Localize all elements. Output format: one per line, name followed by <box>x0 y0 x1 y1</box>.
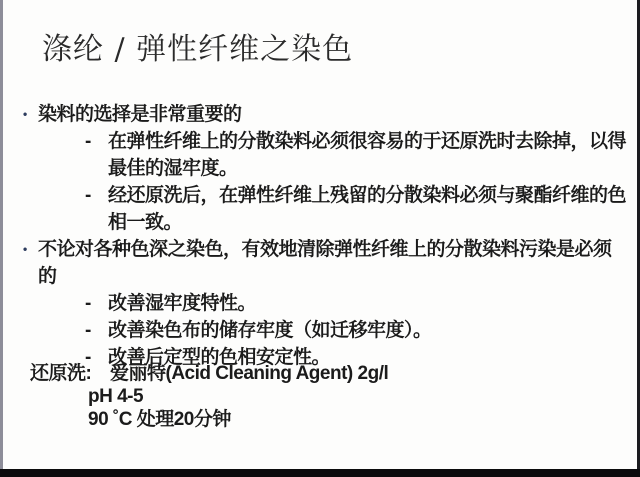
bullet-text: 不论对各种色深之染色，有效地清除弹性纤维上的分散染料污染是必须 <box>38 236 612 263</box>
bullet-item: • 不论对各种色深之染色，有效地清除弹性纤维上的分散染料污染是必须 <box>0 236 640 263</box>
recipe-row: pH 4-5 <box>0 385 640 408</box>
sub-bullet-continuation: 最佳的湿牢度。 <box>0 155 640 182</box>
sub-bullet-item: - 经还原洗后，在弹性纤维上残留的分散染料必须与聚酯纤维的色 <box>0 182 640 209</box>
slide-title: 涤纶 / 弹性纤维之染色 <box>42 24 353 68</box>
recipe-row: 还原洗: 爱丽特(Acid Cleaning Agent) 2g/l <box>0 362 640 385</box>
sub-bullet-item: - 改善湿牢度特性。 <box>0 290 640 317</box>
slide-body: • 染料的选择是非常重要的 - 在弹性纤维上的分散染料必须很容易的于还原洗时去除… <box>0 101 640 371</box>
dash-icon: - <box>85 317 108 344</box>
recipe-temperature: 90 ˚C 处理20分钟 <box>88 408 231 431</box>
dash-icon: - <box>85 182 108 209</box>
reduction-wash-recipe: 还原洗: 爱丽特(Acid Cleaning Agent) 2g/l pH 4-… <box>0 362 640 431</box>
sub-bullet-text: 改善湿牢度特性。 <box>108 290 256 317</box>
recipe-agent: 爱丽特(Acid Cleaning Agent) 2g/l <box>110 362 388 385</box>
bullet-item: • 染料的选择是非常重要的 <box>0 101 640 128</box>
sub-bullet-text: 在弹性纤维上的分散染料必须很容易的于还原洗时去除掉，以得 <box>108 128 626 155</box>
recipe-ph: pH 4-5 <box>88 385 143 408</box>
bullet-continuation: 的 <box>0 263 640 290</box>
sub-bullet-text: 经还原洗后，在弹性纤维上残留的分散染料必须与聚酯纤维的色 <box>108 182 626 209</box>
dash-icon: - <box>85 290 108 317</box>
bullet-text: 的 <box>38 263 57 290</box>
slide: 涤纶 / 弹性纤维之染色 • 染料的选择是非常重要的 - 在弹性纤维上的分散染料… <box>0 0 640 477</box>
sub-bullet-item: - 改善染色布的储存牢度（如迁移牢度）。 <box>0 317 640 344</box>
sub-bullet-text: 改善染色布的储存牢度（如迁移牢度）。 <box>108 317 432 344</box>
recipe-label: 还原洗: <box>30 362 110 385</box>
recipe-row: 90 ˚C 处理20分钟 <box>0 408 640 431</box>
dash-icon: - <box>85 128 108 155</box>
sub-bullet-continuation: 相一致。 <box>0 209 640 236</box>
sub-bullet-text: 最佳的湿牢度。 <box>108 155 238 182</box>
bullet-dot-icon: • <box>23 236 38 263</box>
sub-bullet-item: - 在弹性纤维上的分散染料必须很容易的于还原洗时去除掉，以得 <box>0 128 640 155</box>
slide-bottom-bar <box>0 469 640 477</box>
bullet-dot-icon: • <box>23 101 38 128</box>
sub-bullet-text: 相一致。 <box>108 209 182 236</box>
bullet-text: 染料的选择是非常重要的 <box>38 101 242 128</box>
